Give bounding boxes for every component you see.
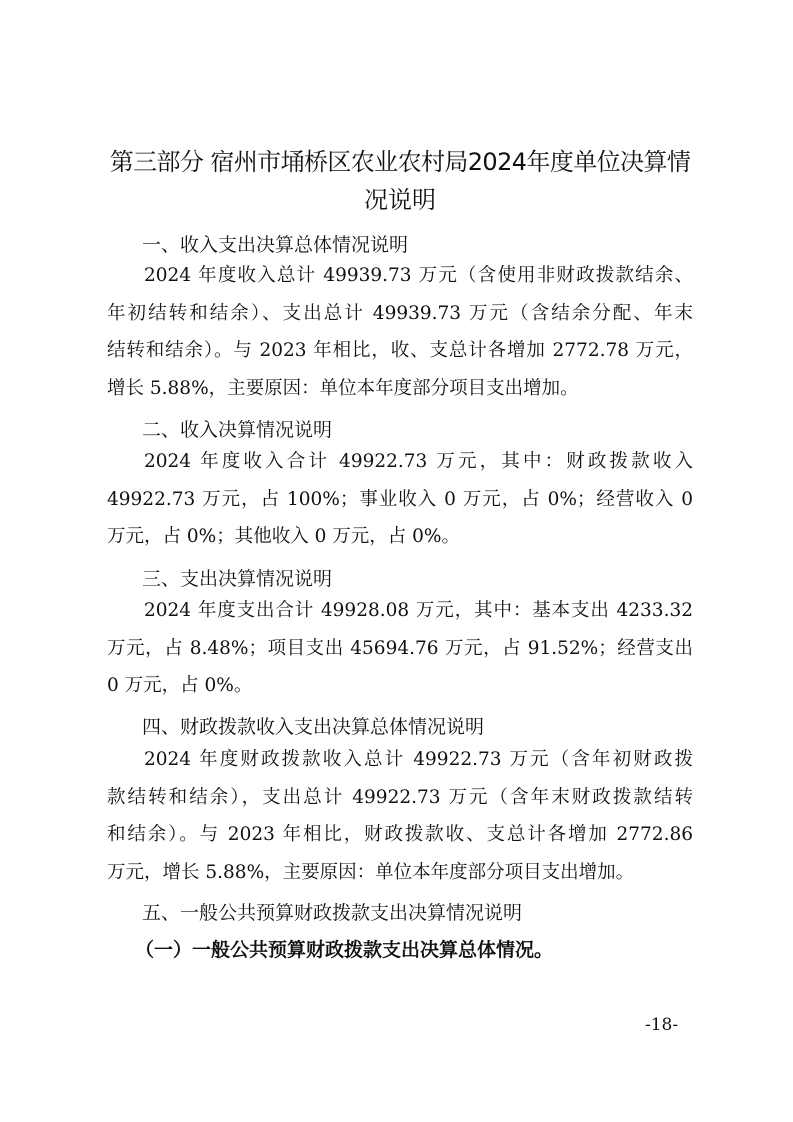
document-page: 第三部分 宿州市埇桥区农业农村局2024年度单位决算情 况说明 一、收入支出决算…	[0, 0, 793, 1122]
paragraph-line: 0 万元，占 0%。	[107, 667, 693, 705]
section-paragraph-income: 2024 年度收入合计 49922.73 万元，其中：财政拨款收入 49922.…	[107, 443, 693, 556]
section-paragraph-fiscal-appropriation-overview: 2024 年度财政拨款收入总计 49922.73 万元（含年初财政拨 款结转和结…	[107, 741, 693, 891]
subsection-heading-general-public-budget-overall: （一）一般公共预算财政拨款支出决算总体情况。	[135, 937, 553, 963]
paragraph-line: 2024 年度支出合计 49928.08 万元，其中：基本支出 4233.32	[107, 592, 693, 630]
paragraph-line: 2024 年度收入合计 49922.73 万元，其中：财政拨款收入	[107, 443, 693, 481]
paragraph-line: 49922.73 万元，占 100%；事业收入 0 万元，占 0%；经营收入 0	[107, 481, 693, 519]
title-line-2: 况说明	[100, 181, 700, 219]
section-heading-income: 二、收入决算情况说明	[142, 417, 332, 443]
paragraph-line: 年初结转和结余）、支出总计 49939.73 万元（含结余分配、年末	[107, 295, 693, 333]
paragraph-line: 增长 5.88%，主要原因：单位本年度部分项目支出增加。	[107, 370, 693, 408]
title-line-1: 第三部分 宿州市埇桥区农业农村局2024年度单位决算情	[100, 143, 700, 181]
paragraph-line: 万元，占 0%；其他收入 0 万元，占 0%。	[107, 518, 693, 556]
paragraph-line: 结转和结余）。与 2023 年相比，收、支总计各增加 2772.78 万元，	[107, 332, 693, 370]
section-heading-fiscal-appropriation-overview: 四、财政拨款收入支出决算总体情况说明	[142, 714, 484, 740]
page-number: -18-	[645, 1015, 678, 1035]
section-heading-general-public-budget: 五、一般公共预算财政拨款支出决算情况说明	[142, 900, 522, 926]
section-heading-expenditure: 三、支出决算情况说明	[142, 566, 332, 592]
section-paragraph-expenditure: 2024 年度支出合计 49928.08 万元，其中：基本支出 4233.32 …	[107, 592, 693, 705]
paragraph-line: 万元，占 8.48%；项目支出 45694.76 万元，占 91.52%；经营支…	[107, 630, 693, 668]
section-paragraph-income-expenditure-overview: 2024 年度收入总计 49939.73 万元（含使用非财政拨款结余、 年初结转…	[107, 257, 693, 407]
paragraph-line: 和结余）。与 2023 年相比，财政拨款收、支总计各增加 2772.86	[107, 816, 693, 854]
paragraph-line: 2024 年度财政拨款收入总计 49922.73 万元（含年初财政拨	[107, 741, 693, 779]
paragraph-line: 2024 年度收入总计 49939.73 万元（含使用非财政拨款结余、	[107, 257, 693, 295]
section-heading-income-expenditure-overview: 一、收入支出决算总体情况说明	[142, 232, 408, 258]
paragraph-line: 万元，增长 5.88%，主要原因：单位本年度部分项目支出增加。	[107, 854, 693, 892]
page-title: 第三部分 宿州市埇桥区农业农村局2024年度单位决算情 况说明	[100, 143, 700, 219]
paragraph-line: 款结转和结余），支出总计 49922.73 万元（含年末财政拨款结转	[107, 779, 693, 817]
